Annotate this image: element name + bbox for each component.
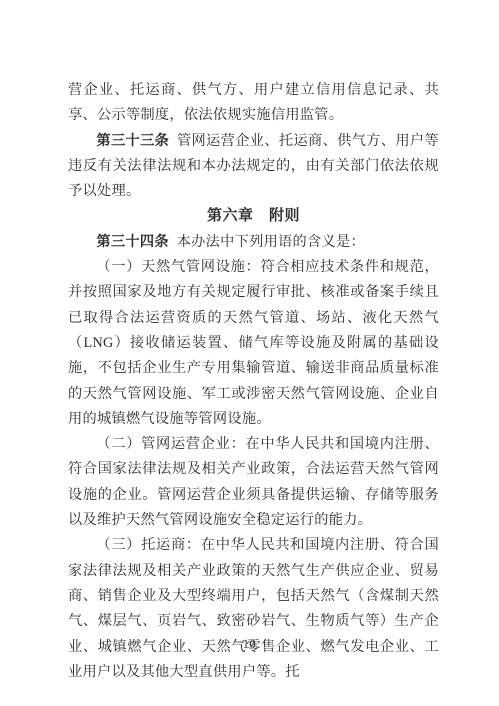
paragraph-article-33: 第三十三条管网运营企业、托运商、供气方、用户等违反有关法律法规和本办法规定的，由… — [68, 129, 439, 205]
paragraph-definition-1: （一）天然气管网设施：符合相应技术条件和规范，并按照国家及地方有关规定履行审批、… — [68, 255, 439, 432]
article-34-number: 第三十四条 — [96, 234, 168, 250]
paragraph-article-34: 第三十四条本办法中下列用语的含义是： — [68, 230, 439, 255]
paragraph-continuation: 营企业、托运商、供气方、用户建立信用信息记录、共享、公示等制度，依法依规实施信用… — [68, 78, 439, 129]
document-page: 营企业、托运商、供气方、用户建立信用信息记录、共享、公示等制度，依法依规实施信用… — [0, 0, 499, 706]
chapter-heading: 第六章 附则 — [68, 204, 439, 229]
article-34-text: 本办法中下列用语的含义是： — [177, 234, 365, 250]
document-body: 营企业、托运商、供气方、用户建立信用信息记录、共享、公示等制度，依法依规实施信用… — [68, 78, 439, 685]
paragraph-definition-3: （三）托运商：在中华人民共和国境内注册、符合国家法律法规及相关产业政策的天然气生… — [68, 533, 439, 685]
paragraph-definition-2: （二）管网运营企业：在中华人民共和国境内注册、符合国家法律法规及相关产业政策，合… — [68, 432, 439, 533]
article-33-number: 第三十三条 — [96, 133, 169, 149]
page-number: 10 — [0, 637, 499, 652]
